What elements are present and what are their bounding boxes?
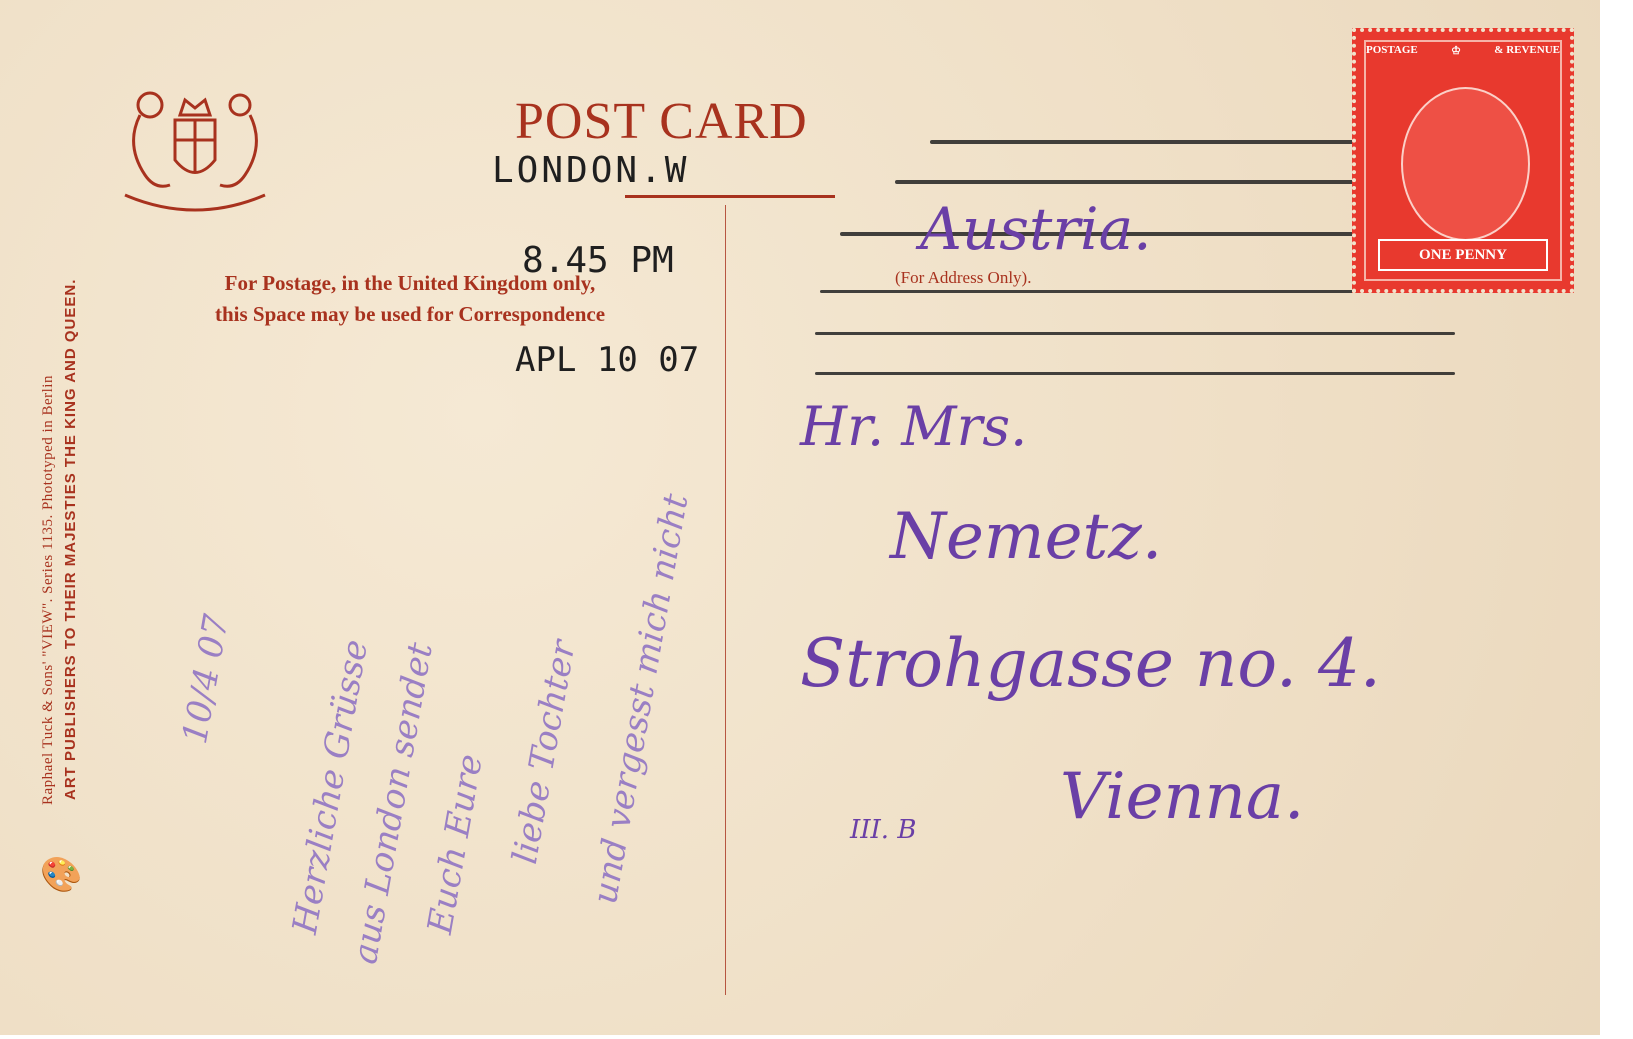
card-title: POST CARD [515,92,808,151]
royal-warrant-text: ART PUBLISHERS TO THEIR MAJESTIES THE KI… [62,279,79,800]
postcard-back: Raphael Tuck & Sons' "VIEW". Series 1135… [0,0,1600,1035]
message-date: 10/4 07 [175,612,237,747]
message-line: liebe Tochter [505,637,584,867]
king-portrait-icon [1401,87,1530,241]
address-country: Austria. [920,195,1152,263]
address-city: Vienna. [1060,760,1304,834]
publisher-credit: Raphael Tuck & Sons' "VIEW". Series 1135… [40,375,57,805]
easel-palette-icon: 🎨 [40,855,82,895]
address-recipient: Hr. Mrs. [800,395,1027,458]
cancel-line [815,332,1455,335]
postmark-time: 8.45 PM [522,240,674,281]
cancel-line [815,372,1455,375]
stamp-header: POSTAGE ♔ & REVENUE [1366,44,1560,57]
center-divider [725,205,726,995]
royal-coat-of-arms-icon [110,80,280,215]
stamp-value: ONE PENNY [1378,239,1548,271]
address-label: (For Address Only). [895,268,1031,288]
message-line: Euch Eure [420,751,491,937]
address-name: Nemetz. [890,500,1162,574]
cancel-line [820,290,1440,293]
postmark-city: LONDON.W [492,150,689,191]
stamp-postage-label: POSTAGE [1366,44,1418,57]
crown-icon: ♔ [1451,44,1461,57]
address-district: III. B [850,815,916,845]
instructions-line-2: this Space may be used for Correspondenc… [105,299,715,330]
title-underline [625,195,835,198]
message-line: und vergesst mich nicht [585,491,697,907]
postage-stamp: POSTAGE ♔ & REVENUE ONE PENNY [1352,28,1574,293]
stamp-revenue-label: & REVENUE [1494,44,1560,57]
address-street: Strohgasse no. 4. [800,625,1381,702]
postmark-date: APL 10 07 [515,340,699,380]
